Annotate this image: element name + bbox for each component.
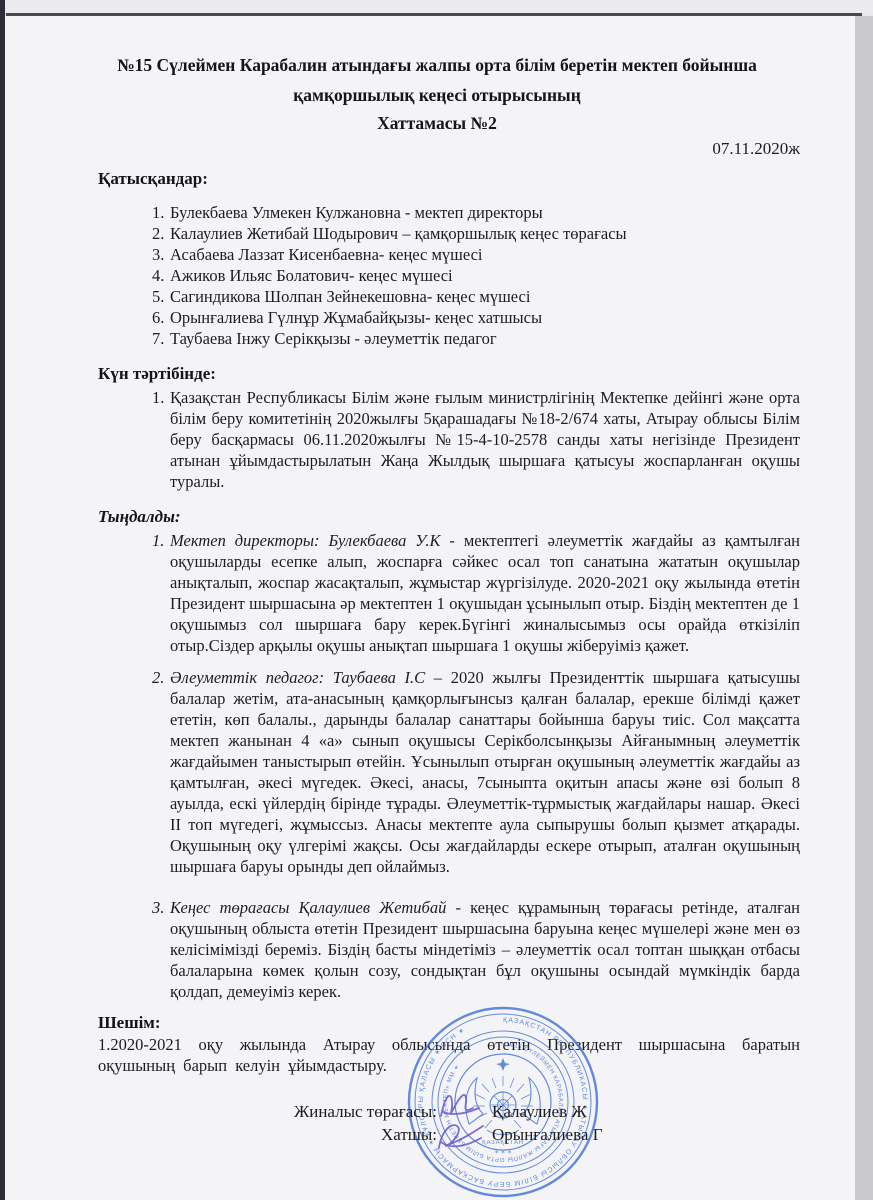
agenda-heading: Күн тәртібінде: — [98, 363, 800, 385]
participant-text: Орынғалиева Гүлнұр Жұмабайқызы- кеңес ха… — [170, 308, 542, 327]
agenda-item-number: 1. — [152, 387, 164, 408]
heard-item-3: 3. Кеңес төрағасы Қалаулиев Жетибай - ке… — [98, 897, 800, 1002]
participant-row: 4.Ажиков Ильяс Болатович- кеңес мүшесі — [98, 265, 800, 286]
heard-item-number: 1. — [152, 530, 164, 551]
heard-item-number: 3. — [152, 897, 164, 918]
agenda-item: 1. Қазақстан Республикасы Білім және ғыл… — [98, 387, 800, 492]
participant-number: 7. — [152, 328, 170, 349]
heard-speaker: Мектеп директоры: Булекбаева У.К - — [170, 531, 455, 550]
participant-row: 2.Калаулиев Жетибай Шодырович – қамқоршы… — [98, 223, 800, 244]
document-page: №15 Сүлеймен Карабалин атындағы жалпы ор… — [5, 16, 855, 1200]
participant-number: 4. — [152, 265, 170, 286]
participant-number: 3. — [152, 244, 170, 265]
participant-text: Асабаева Лаззат Кисенбаевна- кеңес мүшес… — [170, 245, 483, 264]
title-line-2: қамқоршылық кеңесі отырысының — [98, 80, 776, 110]
scanned-protocol-document: { "document": { "date": "07.11.2020ж", "… — [0, 0, 873, 1200]
heard-text: 2020 жылғы Президенттік шыршаға қатысушы… — [170, 668, 800, 876]
participant-row: 6.Орынғалиева Гүлнұр Жұмабайқызы- кеңес … — [98, 307, 800, 328]
signature-label: Хатшы: — [98, 1123, 437, 1146]
scan-edge-right — [855, 16, 873, 1200]
signature-row-chairman: Жиналыс төрағасы: Қалаулиев Ж — [98, 1100, 800, 1123]
signature-name: Орынғалиева Г — [492, 1123, 603, 1146]
participants-list: 1.Булекбаева Улмекен Кулжановна - мектеп… — [98, 202, 800, 349]
participant-row: 3.Асабаева Лаззат Кисенбаевна- кеңес мүш… — [98, 244, 800, 265]
participant-row: 1.Булекбаева Улмекен Кулжановна - мектеп… — [98, 202, 800, 223]
participant-text: Ажиков Ильяс Болатович- кеңес мүшесі — [170, 266, 453, 285]
participant-text: Калаулиев Жетибай Шодырович – қамқоршылы… — [170, 224, 627, 243]
document-date: 07.11.2020ж — [98, 138, 800, 159]
participant-row: 5.Сагиндикова Шолпан Зейнекешовна- кеңес… — [98, 286, 800, 307]
participant-number: 5. — [152, 286, 170, 307]
heard-heading: Тыңдалды: — [98, 506, 800, 528]
signature-space — [437, 1100, 492, 1123]
participants-heading: Қатысқандар: — [98, 168, 800, 190]
signature-space — [437, 1123, 492, 1146]
participant-number: 1. — [152, 202, 170, 223]
agenda-item-text: Қазақстан Республикасы Білім және ғылым … — [170, 388, 800, 491]
signature-row-secretary: Хатшы: Орынғалиева Г — [98, 1123, 800, 1146]
participant-number: 2. — [152, 223, 170, 244]
heard-item-2: 2. Әлеуметтік педагог: Таубаева І.С – 20… — [98, 667, 800, 877]
participant-text: Булекбаева Улмекен Кулжановна - мектеп д… — [170, 203, 543, 222]
heard-item-1: 1. Мектеп директоры: Булекбаева У.К - ме… — [98, 530, 800, 656]
heard-speaker: Кеңес төрағасы Қалаулиев Жетибай - — [170, 898, 461, 917]
participant-number: 6. — [152, 307, 170, 328]
signature-name: Қалаулиев Ж — [492, 1100, 587, 1123]
document-title: №15 Сүлеймен Карабалин атындағы жалпы ор… — [98, 50, 776, 110]
title-line-1: №15 Сүлеймен Карабалин атындағы жалпы ор… — [98, 50, 776, 80]
page-content: №15 Сүлеймен Карабалин атындағы жалпы ор… — [5, 16, 855, 1146]
signature-label: Жиналыс төрағасы: — [98, 1100, 437, 1123]
participant-row: 7.Таубаева Інжу Серікқызы - әлеуметтік п… — [98, 328, 800, 349]
protocol-number: Хаттамасы №2 — [98, 112, 776, 134]
heard-speaker: Әлеуметтік педагог: Таубаева І.С – — [170, 668, 442, 687]
participant-text: Сагиндикова Шолпан Зейнекешовна- кеңес м… — [170, 287, 530, 306]
participant-text: Таубаева Інжу Серікқызы - әлеуметтік пед… — [170, 329, 497, 348]
heard-item-number: 2. — [152, 667, 164, 688]
scan-edge-top — [0, 0, 873, 13]
signature-block: Жиналыс төрағасы: Қалаулиев Ж Хатшы: Оры… — [98, 1100, 800, 1146]
